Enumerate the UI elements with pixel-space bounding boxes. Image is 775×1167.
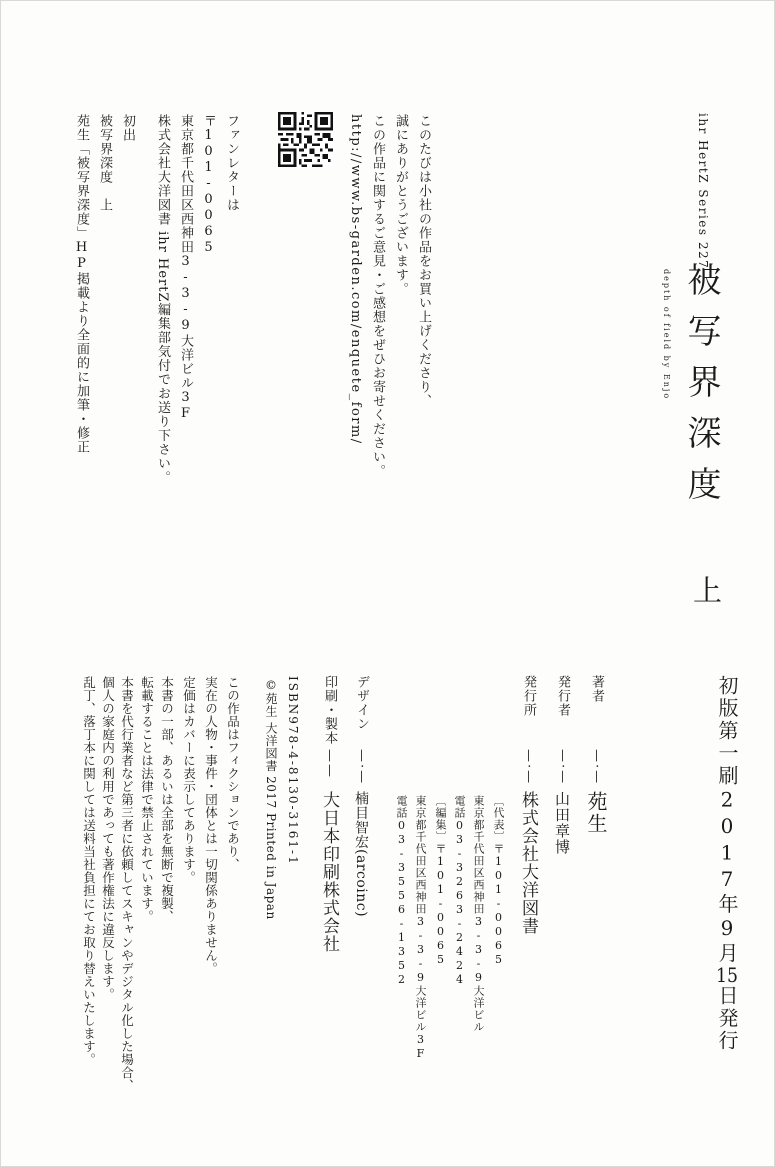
legal-line-scan-1: 本書を代行業者など第三者に依頼してスキャンやデジタル化した場合、 bbox=[120, 676, 133, 1092]
publisher-value: 株式会社大洋図書 bbox=[518, 791, 538, 935]
series-label: ihr HertZ Series 227 bbox=[697, 113, 709, 269]
publisher-person-label: 発行者 bbox=[556, 675, 569, 749]
publisher-detail-henshu-phone: 電話03-3556-1352 bbox=[396, 795, 407, 987]
legal-line-reproduction-1: 本書の一部、あるいは全部を無断で複製、 bbox=[160, 676, 173, 923]
fanletter-address: 東京都千代田区西神田3-3-9大洋ビル3F bbox=[179, 114, 192, 422]
publisher-dash: —·— bbox=[522, 749, 535, 791]
publisher-label: 発行所 bbox=[522, 675, 535, 749]
publisher-person-dash: —·— bbox=[556, 749, 569, 791]
first-publication-note: 苑生「被写界深度」HP掲載より全面的に加筆・修正 bbox=[75, 114, 88, 454]
publisher-row: 発行所—·—株式会社大洋図書 bbox=[519, 675, 536, 935]
legal-line-reproduction-2: 転載することは法律で禁止されています。 bbox=[140, 676, 153, 923]
design-row: デザイン—·—楠目智宏(arcoinc) bbox=[354, 675, 368, 917]
feedback-line: この作品に関するご意見・ご感想をぜひお寄せください。 bbox=[371, 114, 384, 478]
publisher-person-row: 発行者—·—山田章博 bbox=[554, 675, 569, 855]
author-label: 著者 bbox=[590, 675, 603, 749]
book-title: 被写界深度 bbox=[684, 262, 718, 517]
author-value: 苑生 bbox=[584, 791, 608, 835]
author-row: 著者—·—苑生 bbox=[586, 675, 606, 835]
edition-date: 初版第一刷2017年9月15日発行 bbox=[717, 675, 737, 1053]
copyright-line: ©苑生 大洋図書 2017 Printed in Japan bbox=[265, 678, 277, 920]
first-publication-work: 被写界深度 上 bbox=[98, 114, 111, 212]
colophon-page: ihr HertZ Series 227 被写界深度 depth of fiel… bbox=[0, 0, 775, 1167]
publisher-person-value: 山田章博 bbox=[553, 791, 571, 855]
legal-line-fiction: この作品はフィクションであり、 bbox=[226, 676, 239, 871]
first-publication-label: 初出 bbox=[121, 114, 134, 142]
legal-line-price: 定価はカバーに表示してあります。 bbox=[182, 676, 195, 884]
author-dash: —·— bbox=[590, 749, 603, 791]
publisher-detail-daihyo-address: 東京都千代田区西神田3-3-9大洋ビル bbox=[473, 795, 484, 1033]
printing-row: 印刷・製本——大日本印刷株式会社 bbox=[320, 675, 337, 953]
title-romaji: depth of field by Enjo bbox=[662, 269, 670, 400]
thanks-line-2: 誠にありがとうございます。 bbox=[394, 114, 407, 296]
publisher-detail-henshu-address: 東京都千代田区西神田3-3-9大洋ビル3F bbox=[415, 795, 426, 1061]
isbn-number: ISBN978-4-8130-3161-1 bbox=[287, 676, 299, 866]
publisher-detail-daihyo-phone: 電話03-3263-2424 bbox=[454, 795, 465, 987]
printing-dash: —— bbox=[323, 749, 336, 791]
qr-code bbox=[278, 112, 333, 167]
publisher-detail-henshu-postal: 〔編集〕〒101-0065 bbox=[435, 795, 446, 967]
legal-line-defective-copies: 乱丁、落丁本に関しては送料当社負担にてお取り替えいたします。 bbox=[82, 676, 95, 1066]
legal-line-no-relation: 実在の人物・事件・団体とは一切関係ありません。 bbox=[204, 676, 217, 975]
legal-line-scan-2: 個人の家庭内の利用であっても著作権法に違反します。 bbox=[101, 676, 114, 1001]
enquete-url: http://www.bs-garden.com/enquete_form/ bbox=[349, 114, 362, 445]
printing-label: 印刷・製本 bbox=[323, 675, 336, 749]
printing-value: 大日本印刷株式会社 bbox=[319, 791, 339, 953]
edition-date-day: 15 bbox=[715, 965, 739, 985]
design-label: デザイン bbox=[355, 675, 368, 749]
design-value: 楠目智宏(arcoinc) bbox=[353, 791, 369, 917]
fanletter-heading: ファンレターは bbox=[225, 114, 238, 212]
thanks-line-1: このたびは小社の作品をお買い上げくださり、 bbox=[417, 114, 430, 408]
publisher-detail-daihyo-postal: 〔代表〕〒101-0065 bbox=[493, 795, 504, 967]
design-dash: —·— bbox=[355, 749, 368, 791]
edition-date-prefix: 初版第一刷2017年9月 bbox=[715, 675, 739, 965]
volume-label: 上 bbox=[691, 575, 720, 604]
fanletter-recipient: 株式会社大洋図書 ihr HertZ編集部気付でお送り下さい。 bbox=[156, 114, 169, 485]
fanletter-postal: 〒101-0065 bbox=[202, 114, 215, 256]
edition-date-suffix: 日発行 bbox=[715, 985, 739, 1053]
